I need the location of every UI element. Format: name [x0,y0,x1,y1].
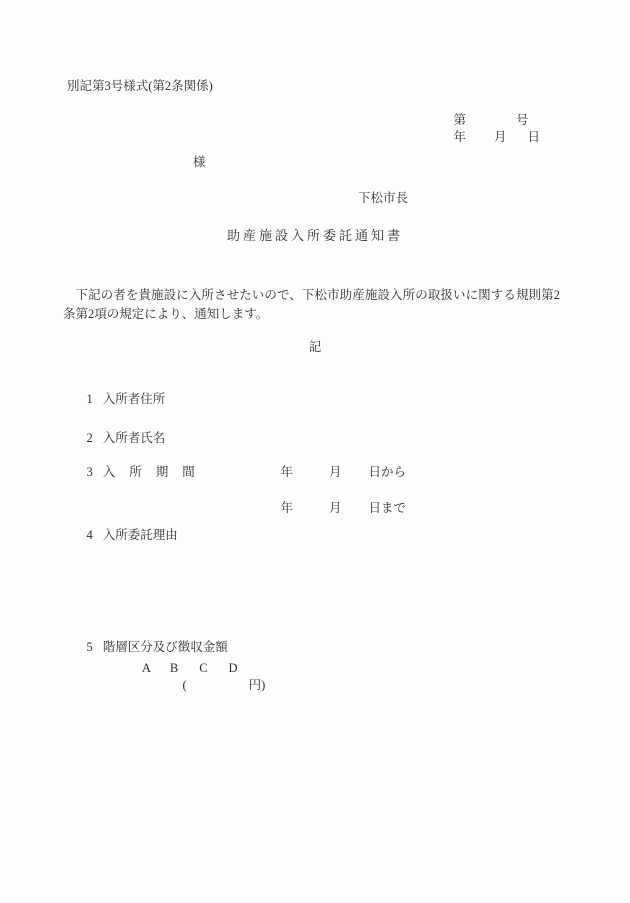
date-day-label: 日 [528,130,541,144]
period-to-day-label: 日 [369,501,382,515]
amount-line: (円) [170,666,265,704]
period-to-line: 年月日まで [268,489,406,527]
item-label: 入所期間 [103,465,209,479]
section-marker: 記 [0,341,630,354]
item-label: 入所委託理由 [103,528,178,542]
document-title: 助産施設入所委託通知書 [0,229,630,242]
item-number: 5 [87,641,93,654]
list-item-period: 3入所期間 [74,453,209,491]
period-from-year-label: 年 [281,465,294,479]
list-item-name: 2入所者氏名 [74,419,165,457]
item-number: 1 [87,393,93,406]
tier-a-label: A [142,661,151,675]
date-month-label: 月 [494,130,507,144]
issue-date-line: 年月日 [441,118,540,156]
list-item-reason: 4入所委託理由 [74,516,178,554]
recipient-honorific: 様 [193,156,206,169]
sender-name: 下松市長 [358,192,408,205]
item-label: 入所者氏名 [103,431,166,445]
date-year-label: 年 [454,130,467,144]
period-to-suffix: まで [381,501,406,515]
list-item-address: 1入所者住所 [74,380,165,418]
form-note: 別記第3号様式(第2条関係) [67,80,213,93]
period-from-month-label: 月 [329,465,342,479]
amount-yen-close: 円) [249,678,266,692]
period-to-month-label: 月 [329,501,342,515]
document-page: 別記第3号様式(第2条関係) 第号 年月日 様 下松市長 助産施設入所委託通知書… [0,0,630,903]
item-number: 3 [87,466,93,479]
amount-open-paren: ( [183,678,187,692]
period-from-day-label: 日 [369,465,382,479]
item-label: 入所者住所 [103,392,166,406]
item-number: 2 [87,432,93,445]
period-from-line: 年月日から [268,453,406,491]
period-to-year-label: 年 [281,501,294,515]
item-number: 4 [87,529,93,542]
period-from-suffix: から [381,465,406,479]
body-paragraph: 下記の者を貴施設に入所させたいので、下松市助産施設入所の取扱いに関する規則第2条… [63,286,560,324]
